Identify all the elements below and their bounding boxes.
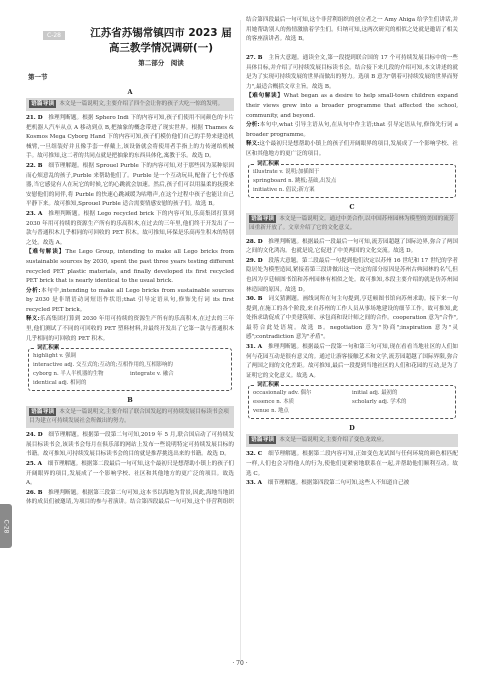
- answer-explanation: 细节理解题。根据第一段第二句可知,2019 年 5 月,联合国启动了可持续发展目…: [26, 432, 234, 457]
- passage-letter-c: C: [246, 201, 458, 213]
- vocab-entry: essence n. 本质: [253, 398, 352, 407]
- vocab-title: 词汇积累: [255, 160, 281, 169]
- answer-explanation: 细节理解题。根据第二段最后一句可知,这个最初只是想帮助小镇上的孩子们开阔眼界的项…: [26, 461, 234, 486]
- answer-item: 21. D 推理判断题。根据 Sphero Indi 下的内容可知,孩子们使用不…: [26, 114, 234, 162]
- translation-label: 释义:: [246, 141, 259, 147]
- answer-item: 26. B 推理判断题。根据第三段第二句可知,这本书以海地为背景,因此,海地当地…: [26, 489, 234, 508]
- passage-guide-d: 语篇导读本文是一篇说明文,主要介绍了变色龙效应。: [246, 434, 458, 447]
- answer-number: 22. B: [26, 163, 43, 169]
- guide-tag: 语篇导读: [29, 100, 56, 108]
- vocab-row: cyborg n. 半人半机器的生物integrate v. 融合: [33, 370, 227, 379]
- answer-explanation: 细节理解题。根据第二段内容可知,正如变色龙试图与任何环境的颜色相匹配一样,人们也…: [246, 451, 458, 476]
- translation-text: 乐高集团打算到 2030 年用可持续的资源生产所有的乐高积木,在过去的三年里,他…: [26, 316, 234, 341]
- answer-number: 32. C: [246, 451, 262, 457]
- vocab-entry: springboard n. 跳板;基础,出发点: [253, 177, 451, 186]
- answer-number: 21. D: [26, 115, 43, 121]
- answer-item: 29. D 段落大意题。第二段最后一句提到他们决定以苏州 16 世纪和 17 世…: [246, 257, 458, 295]
- answer-number: 33. A: [246, 480, 262, 486]
- vocab-entry: initiative n. 倡议;新方案: [253, 186, 451, 195]
- analysis-text: 本句中,what 引导主语从句,在从句中作主语;that 引导定语从句,修饰先行…: [246, 122, 458, 138]
- vocab-entry: highlight v. 强调: [33, 352, 227, 361]
- passage-guide-a: 语篇导读本文是一篇说明文,主要介绍了四个会让你的孩子大吃一惊的发明。: [26, 98, 234, 111]
- answer-number: 28. D: [246, 239, 263, 245]
- answer-explanation: 推理判断题。根据 Lego recycled brick 下的内容可知,乐高集团…: [26, 211, 234, 246]
- passage-letter-b: B: [26, 394, 234, 406]
- answer-item: 30. B 词义猜测题。画线词所在句主句提到,亨廷顿图书馆向苏州求助。接下来一句…: [246, 295, 458, 343]
- vocab-entry: scholarly adj. 学术的: [352, 398, 451, 407]
- answer-item: 33. A 细节理解题。根据第四段第二句可知,这些人不知道自己被: [246, 479, 458, 489]
- answer-number: 25. A: [26, 461, 42, 467]
- answer-explanation: 细节理解题。根据 Sprouel Purble 下的内容可知,对于那些因为某种原…: [26, 163, 234, 207]
- answer-item: 27. B 主旨大意题。通读全文,第一段提到联合国的 17 个可持续发展目标中的…: [246, 54, 458, 92]
- side-tab: C-28: [0, 504, 12, 548]
- answer-explanation: 推理判断题。根据 Sphero Indi 下的内容可知,孩子们使用不同颜色的卡片…: [26, 115, 234, 159]
- part-title: 第二部分 阅读: [86, 58, 236, 67]
- answer-number: 30. B: [246, 296, 263, 302]
- vocab-entry: identical adj. 相同的: [33, 379, 227, 388]
- translation-text: 这个最初只是想帮助小镇上的孩子们开阔眼界的项目,发展成了一个影响学校、社区和其他…: [246, 141, 458, 157]
- page-number: · 70 ·: [220, 660, 260, 667]
- analysis-text: 本句中,intending to make all Lego bricks fr…: [26, 288, 234, 313]
- vocab-entry: occasionally adv. 偶尔: [253, 389, 352, 398]
- answer-number: 31. A: [246, 344, 262, 350]
- vocab-box-c: 词汇积累 occasionally adv. 偶尔initial adj. 最初…: [248, 385, 456, 419]
- answer-explanation: 词义猜测题。画线词所在句主句提到,亨廷顿图书馆向苏州求助。接下来一句提到,在施工…: [246, 296, 458, 340]
- vocab-title: 词汇积累: [35, 344, 61, 353]
- guide-text: 本文是一篇说明文,主要介绍了变色龙效应。: [279, 437, 387, 443]
- vocab-row: illustrate v. 说明;加插图于: [253, 168, 451, 177]
- vocab-box-a: 词汇积累 highlight v. 强调 interactive adj. 交互…: [28, 348, 232, 391]
- answer-explanation: 推理判断题。根据最后一段第一句和第三句可知,现在看看当地社区的人们如何与花园互动…: [246, 344, 458, 379]
- title-block: C-28 江苏省苏锡常镇四市 2023 届 高三教学情况调研(一) 第二部分 阅…: [26, 0, 234, 86]
- passage-letter-a: A: [26, 86, 234, 98]
- vocab-row: highlight v. 强调: [33, 352, 227, 361]
- answer-item: 23. A 推理判断题。根据 Lego recycled brick 下的内容可…: [26, 210, 234, 248]
- sentence-analysis: 分析:本句中,what 引导主语从句,在从句中作主语;that 引导定语从句,修…: [246, 121, 458, 140]
- answer-number: 26. B: [26, 490, 42, 496]
- sentence-translation: 释义:乐高集团打算到 2030 年用可持续的资源生产所有的乐高积木,在过去的三年…: [26, 315, 234, 344]
- answer-item: 22. B 细节理解题。根据 Sprouel Purble 下的内容可知,对于那…: [26, 162, 234, 210]
- vocab-title: 词汇积累: [255, 381, 281, 390]
- answer-explanation: 推理判断题。根据最后一段最后一句可知,流芳园超越了国际边界,弥合了两国之间的文化…: [246, 239, 458, 255]
- answer-number: 23. A: [26, 211, 42, 217]
- guide-text: 本文是一篇说明文。通过中美合作,以中国苏州园林为模型的美国的流芳园重新开放了。文…: [249, 216, 454, 231]
- passage-guide-c: 语篇导读本文是一篇说明文。通过中美合作,以中国苏州园林为模型的美国的流芳园重新开…: [246, 213, 458, 235]
- answer-explanation: 细节理解题。根据第四段第二句可知,这些人不知道自己被: [268, 480, 410, 486]
- guide-tag: 语篇导读: [249, 436, 276, 444]
- answer-explanation: 段落大意题。第二段最后一句提到他们决定以苏州 16 世纪和 17 世纪的学者隐居…: [246, 258, 458, 293]
- answer-item: 25. A 细节理解题。根据第二段最后一句可知,这个最初只是想帮助小镇上的孩子们…: [26, 460, 234, 489]
- guide-text: 本文是一篇说明文,主要介绍了联合国发起的可持续发展目标读书会项目为建立可持续发展…: [29, 409, 229, 424]
- answer-explanation: 推理判断题。根据第三段第二句可知,这本书以海地为背景,因此,海地当地团体的成员们…: [26, 490, 234, 508]
- exam-title-line2: 高三教学情况调研(一): [86, 40, 236, 55]
- difficult-sentence-label: 【难句解读】: [246, 93, 284, 99]
- translation-label: 释义:: [26, 316, 40, 322]
- passage-letter-d: D: [246, 422, 458, 434]
- vocab-row: initiative n. 倡议;新方案: [253, 186, 451, 195]
- vocab-entry: venue n. 地点: [253, 407, 451, 416]
- vocab-row: springboard n. 跳板;基础,出发点: [253, 177, 451, 186]
- paper-code-badge: C-28: [43, 31, 65, 40]
- vocab-entry: interactive adj. 交互式的;互动的;互相作用的,互相影响的: [33, 361, 227, 370]
- vocab-row: identical adj. 相同的: [33, 379, 227, 388]
- vocab-box-b: 词汇积累 illustrate v. 说明;加插图于 springboard n…: [248, 164, 456, 198]
- answer-item: 31. A 推理判断题。根据最后一段第一句和第三句可知,现在看看当地社区的人们如…: [246, 343, 458, 381]
- exam-title-line1: 江苏省苏锡常镇四市 2023 届: [86, 25, 236, 40]
- answer-item: 28. D 推理判断题。根据最后一段最后一句可知,流芳园超越了国际边界,弥合了两…: [246, 238, 458, 257]
- difficult-sentence-label: 【难句解读】: [26, 249, 65, 255]
- vocab-entry: illustrate v. 说明;加插图于: [253, 168, 451, 177]
- answer-number: 27. B: [246, 55, 263, 61]
- left-column: C-28 江苏省苏锡常镇四市 2023 届 高三教学情况调研(一) 第二部分 阅…: [26, 0, 234, 508]
- difficult-sentence: 【难句解读】The Lego Group, intending to make …: [26, 248, 234, 286]
- answer-continuation: 结合第四段最后一句可知,这个非营利组织的创立者之一 Amy Ahiga 给学生们…: [246, 16, 458, 54]
- side-tab-label: C-28: [3, 519, 10, 533]
- analysis-label: 分析:: [246, 122, 260, 128]
- answer-explanation: 主旨大意题。通读全文,第一段提到联合国的 17 个可持续发展目标中的一些具体目标…: [246, 55, 458, 90]
- column-divider: [240, 20, 241, 660]
- sentence-analysis: 分析:本句中,intending to make all Lego bricks…: [26, 287, 234, 316]
- vocab-row: venue n. 地点: [253, 407, 451, 416]
- sentence-translation: 释义:这个最初只是想帮助小镇上的孩子们开阔眼界的项目,发展成了一个影响学校、社区…: [246, 140, 458, 159]
- vocab-row: interactive adj. 交互式的;互动的;互相作用的,互相影响的: [33, 361, 227, 370]
- vocab-entry: integrate v. 融合: [130, 370, 227, 379]
- answer-number: 24. D: [26, 432, 43, 438]
- difficult-sentence: 【难句解读】What began as a desire to help sma…: [246, 92, 458, 121]
- answer-explanation-continued: 结合第四段最后一句可知,这个非营利组织的创立者之一 Amy Ahiga 给学生们…: [246, 17, 458, 42]
- guide-tag: 语篇导读: [249, 215, 276, 223]
- section-title: 第一节: [28, 72, 48, 81]
- analysis-label: 分析:: [26, 288, 40, 294]
- right-column: 结合第四段最后一句可知,这个非营利组织的创立者之一 Amy Ahiga 给学生们…: [246, 16, 458, 489]
- guide-tag: 语篇导读: [29, 408, 56, 416]
- answer-key-page: C-28 江苏省苏锡常镇四市 2023 届 高三教学情况调研(一) 第二部分 阅…: [0, 0, 480, 678]
- answer-item: 24. D 细节理解题。根据第一段第二句可知,2019 年 5 月,联合国启动了…: [26, 431, 234, 460]
- vocab-row: occasionally adv. 偶尔initial adj. 最初的: [253, 389, 451, 398]
- answer-item: 32. C 细节理解题。根据第二段内容可知,正如变色龙试图与任何环境的颜色相匹配…: [246, 450, 458, 479]
- passage-guide-b: 语篇导读本文是一篇说明文,主要介绍了联合国发起的可持续发展目标读书会项目为建立可…: [26, 406, 234, 428]
- answer-number: 29. D: [246, 258, 263, 264]
- guide-text: 本文是一篇说明文,主要介绍了四个会让你的孩子大吃一惊的发明。: [59, 101, 223, 107]
- vocab-row: essence n. 本质scholarly adj. 学术的: [253, 398, 451, 407]
- vocab-entry: initial adj. 最初的: [352, 389, 451, 398]
- vocab-entry: cyborg n. 半人半机器的生物: [33, 370, 130, 379]
